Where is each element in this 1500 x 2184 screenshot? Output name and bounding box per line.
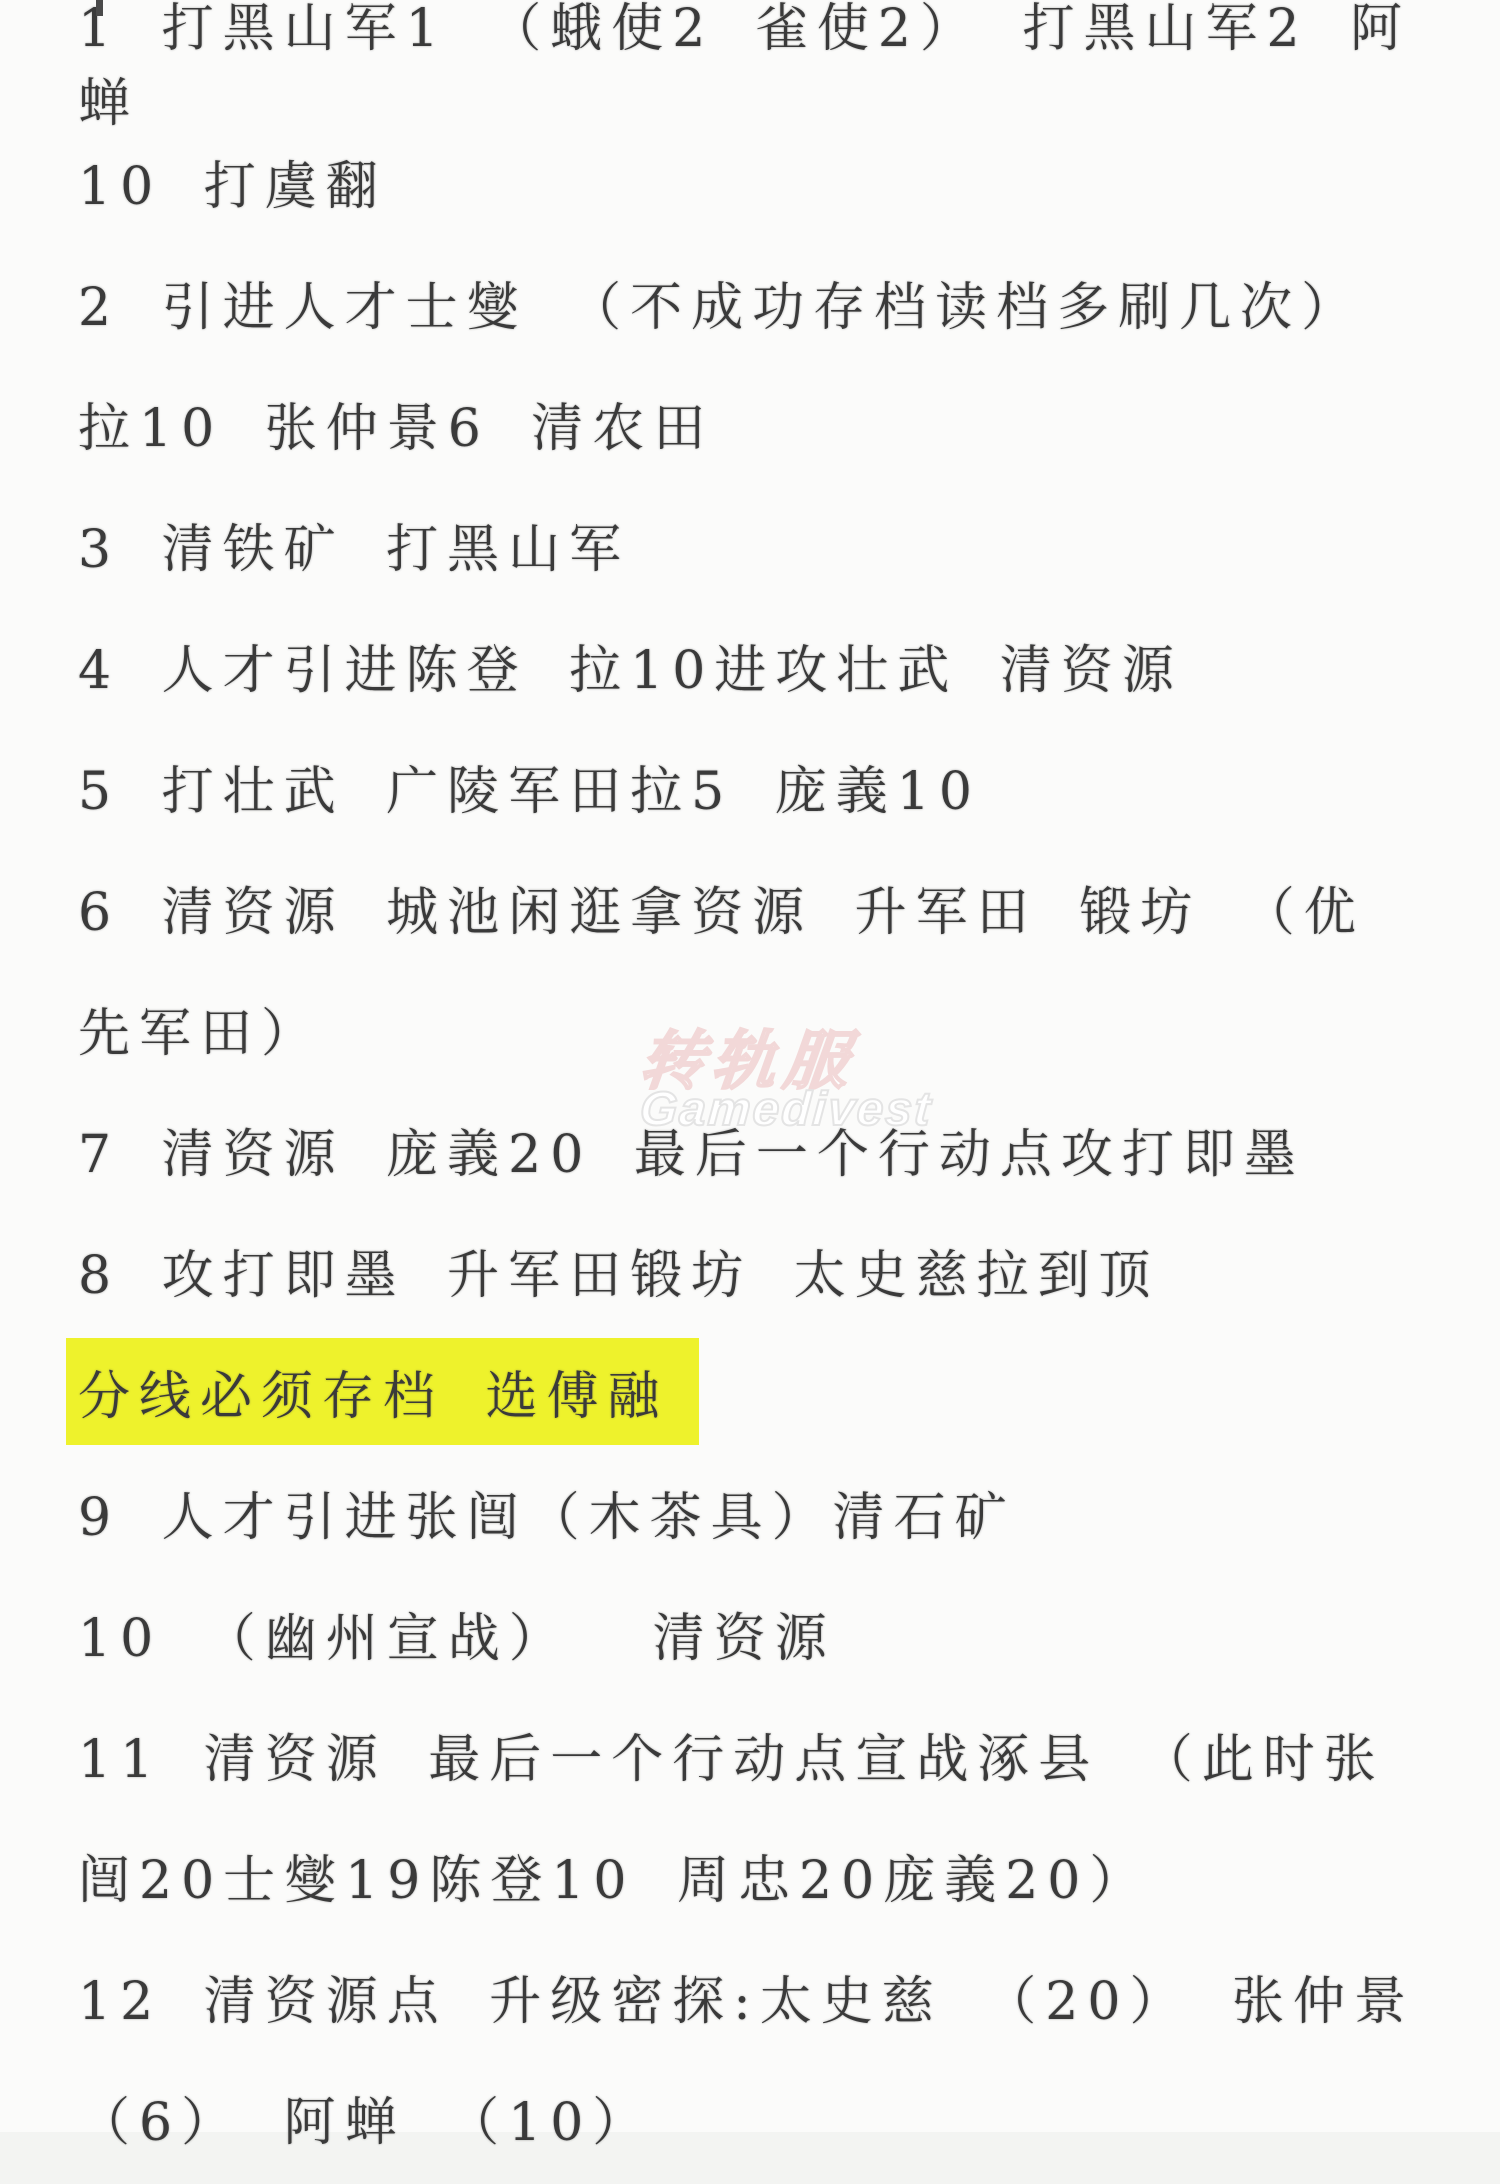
step-text: 2 引进人才士燮 （不成功存档读档多刷几次）	[78, 265, 1362, 340]
step-text: 8 攻打即墨 升军田锻坊 太史慈拉到顶	[78, 1233, 1160, 1308]
highlighted-warning-line: 分线必须存档 选傅融	[78, 1331, 1460, 1452]
step-text: 6 清资源 城池闲逛拿资源 升军田 锻坊 （优	[78, 870, 1365, 945]
step-line-6b: 先军田）	[78, 968, 1460, 1089]
step-line-7: 7 清资源 庞義20 最后一个行动点攻打即墨	[78, 1089, 1460, 1210]
step-text: 7 清资源 庞義20 最后一个行动点攻打即墨	[78, 1112, 1305, 1187]
highlighted-warning-text: 分线必须存档 选傅融	[66, 1338, 699, 1445]
step-text: 10 打虞翻	[78, 144, 387, 219]
step-text: 5 打壮武 广陵军田拉5 庞義10	[78, 749, 981, 824]
document-page: 转轨服 Gamedivest 1 打黑山军1 （蛾使2 雀使2） 打黑山军2 阿…	[0, 0, 1500, 2184]
step-text: 11 清资源 最后一个行动点宣战涿县 （此时张	[78, 1717, 1385, 1792]
step-line-6: 6 清资源 城池闲逛拿资源 升军田 锻坊 （优	[78, 847, 1460, 968]
step-line-9: 9 人才引进张闿（木茶具）清石矿	[78, 1452, 1460, 1573]
step-line-1b: 10 打虞翻	[78, 121, 1460, 242]
step-line-12b: （6） 阿蝉 （10）	[78, 2057, 1460, 2178]
step-line-3: 3 清铁矿 打黑山军	[78, 484, 1460, 605]
step-line-2: 2 引进人才士燮 （不成功存档读档多刷几次）	[78, 242, 1460, 363]
step-text: 10 （幽州宣战） 清资源	[78, 1596, 836, 1671]
step-line-5: 5 打壮武 广陵军田拉5 庞義10	[78, 726, 1460, 847]
step-text: 9 人才引进张闿（木茶具）清石矿	[78, 1475, 1016, 1550]
step-text: 4 人才引进陈登 拉10进攻壮武 清资源	[78, 628, 1183, 703]
step-text: （6） 阿蝉 （10）	[78, 2080, 653, 2155]
step-line-4: 4 人才引进陈登 拉10进攻壮武 清资源	[78, 605, 1460, 726]
step-text: 12 清资源点 升级密探:太史慈 （20） 张仲景	[78, 1959, 1415, 2034]
guide-text-block: 1 打黑山军1 （蛾使2 雀使2） 打黑山军2 阿蝉 10 打虞翻 2 引进人才…	[0, 0, 1500, 2178]
step-text: 1 打黑山军1 （蛾使2 雀使2） 打黑山军2 阿蝉	[78, 0, 1460, 136]
step-text: 先军田）	[78, 991, 322, 1066]
step-line-12: 12 清资源点 升级密探:太史慈 （20） 张仲景	[78, 1936, 1460, 2057]
step-line-8: 8 攻打即墨 升军田锻坊 太史慈拉到顶	[78, 1210, 1460, 1331]
step-line-1: 1 打黑山军1 （蛾使2 雀使2） 打黑山军2 阿蝉	[78, 0, 1460, 121]
step-text: 3 清铁矿 打黑山军	[78, 507, 630, 582]
step-text: 拉10 张仲景6 清农田	[78, 386, 714, 461]
step-line-10: 10 （幽州宣战） 清资源	[78, 1573, 1460, 1694]
step-text: 闿20士燮19陈登10 周忠20庞義20）	[78, 1838, 1150, 1913]
step-line-11: 11 清资源 最后一个行动点宣战涿县 （此时张	[78, 1694, 1460, 1815]
step-line-2b: 拉10 张仲景6 清农田	[78, 363, 1460, 484]
cropped-stroke-mark	[96, 0, 103, 16]
step-line-11b: 闿20士燮19陈登10 周忠20庞義20）	[78, 1815, 1460, 1936]
